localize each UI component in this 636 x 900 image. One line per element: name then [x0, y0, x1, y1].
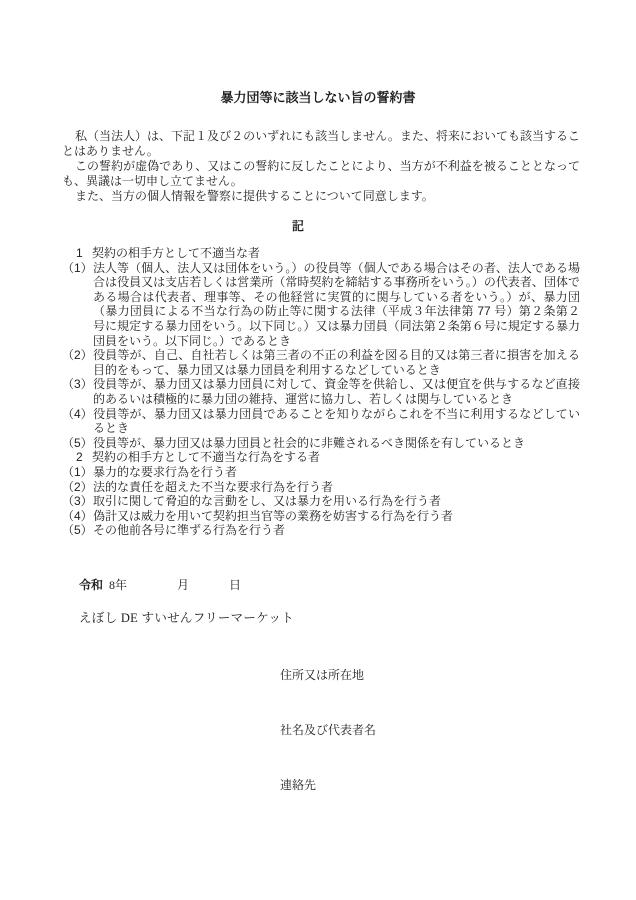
item-text: 法的な責任を超えた不当な要求行為を行う者 [93, 480, 333, 494]
section-1-heading: 1 契約の相手方として不適当な者 [62, 246, 580, 261]
item-text: 役員等が、暴力団又は暴力団員であることを知りながらこれを不当に利用するなどしてい… [93, 407, 580, 436]
item-text: 法人等（個人、法人又は団体をいう。）の役員等（個人である場合はその者、法人である… [93, 261, 580, 348]
section-2-heading-text: 契約の相手方として不適当な行為をする者 [92, 450, 320, 464]
list-item: （3） 取引に関して脅迫的な言動をし、又は暴力を用いる行為を行う者 [62, 494, 580, 509]
year-suffix: 年 [115, 578, 127, 592]
section-2-heading: 2 契約の相手方として不適当な行為をする者 [62, 450, 580, 465]
list-item: （4） 役員等が、暴力団又は暴力団員であることを知りながらこれを不当に利用するな… [62, 407, 580, 436]
item-text: 役員等が、自己、自社若しくは第三者の不正の利益を図る目的又は第三者に損害を加える… [93, 348, 580, 377]
item-marker: （2） [62, 348, 93, 363]
list-item: （2） 法的な責任を超えた不当な要求行為を行う者 [62, 480, 580, 495]
pledge-document-page: 暴力団等に該当しない旨の誓約書 私（当法人）は、下記１及び２のいずれにも該当しま… [0, 0, 636, 900]
item-marker: （1） [62, 261, 93, 276]
month-label: 月 [177, 578, 189, 592]
preamble-paragraph-1: 私（当法人）は、下記１及び２のいずれにも該当しません。また、将来においても該当す… [62, 129, 580, 159]
preamble-paragraph-3: また、当方の個人情報を警察に提供することについて同意します。 [62, 189, 580, 204]
item-text: 役員等が、暴力団又は暴力団員と社会的に非難されるべき関係を有しているとき [93, 436, 525, 450]
item-marker: （2） [62, 480, 93, 495]
list-item: （4） 偽計又は威力を用いて契約担当官等の業務を妨害する行為を行う者 [62, 509, 580, 524]
document-title: 暴力団等に該当しない旨の誓約書 [0, 87, 636, 106]
list-item: （5） その他前各号に準ずる行為を行う者 [62, 523, 580, 538]
list-item: （1） 法人等（個人、法人又は団体をいう。）の役員等（個人である場合はその者、法… [62, 261, 580, 349]
item-marker: （5） [62, 523, 93, 538]
signature-field-company-label: 社名及び代表者名 [280, 721, 376, 738]
preamble-paragraph-2: この誓約が虚偽であり、又はこの誓約に反したことにより、当方が不利益を被ることとな… [62, 159, 580, 189]
item-text: その他前各号に準ずる行為を行う者 [93, 523, 285, 537]
era-label: 令和 [79, 578, 103, 592]
section-1-heading-text: 契約の相手方として不適当な者 [92, 246, 260, 260]
conditions-list: 1 契約の相手方として不適当な者 （1） 法人等（個人、法人又は団体をいう。）の… [62, 246, 580, 538]
item-text: 役員等が、暴力団又は暴力団員に対して、資金等を供給し、又は便宜を供与するなど直接… [93, 377, 580, 406]
item-marker: （3） [62, 377, 93, 392]
preamble: 私（当法人）は、下記１及び２のいずれにも該当しません。また、将来においても該当す… [62, 129, 580, 204]
item-text: 偽計又は威力を用いて契約担当官等の業務を妨害する行為を行う者 [93, 509, 453, 523]
day-label: 日 [229, 578, 241, 592]
item-marker: （3） [62, 494, 93, 509]
section-1-number: 1 [76, 246, 83, 261]
event-name: えぼし DE すいせんフリーマーケット [79, 608, 294, 626]
reference-mark: 記 [0, 217, 596, 234]
item-marker: （5） [62, 436, 93, 451]
date-line: 令和8年月日 [79, 576, 241, 593]
item-text: 取引に関して脅迫的な言動をし、又は暴力を用いる行為を行う者 [93, 494, 441, 508]
list-item: （3） 役員等が、暴力団又は暴力団員に対して、資金等を供給し、又は便宜を供与する… [62, 377, 580, 406]
list-item: （1） 暴力的な要求行為を行う者 [62, 465, 580, 480]
section-2-number: 2 [76, 450, 83, 465]
item-text: 暴力的な要求行為を行う者 [93, 465, 237, 479]
list-item: （2） 役員等が、自己、自社若しくは第三者の不正の利益を図る目的又は第三者に損害… [62, 348, 580, 377]
item-marker: （4） [62, 509, 93, 524]
signature-field-address-label: 住所又は所在地 [280, 666, 364, 683]
signature-field-contact-label: 連絡先 [280, 776, 316, 793]
item-marker: （1） [62, 465, 93, 480]
list-item: （5） 役員等が、暴力団又は暴力団員と社会的に非難されるべき関係を有しているとき [62, 436, 580, 451]
item-marker: （4） [62, 407, 93, 422]
